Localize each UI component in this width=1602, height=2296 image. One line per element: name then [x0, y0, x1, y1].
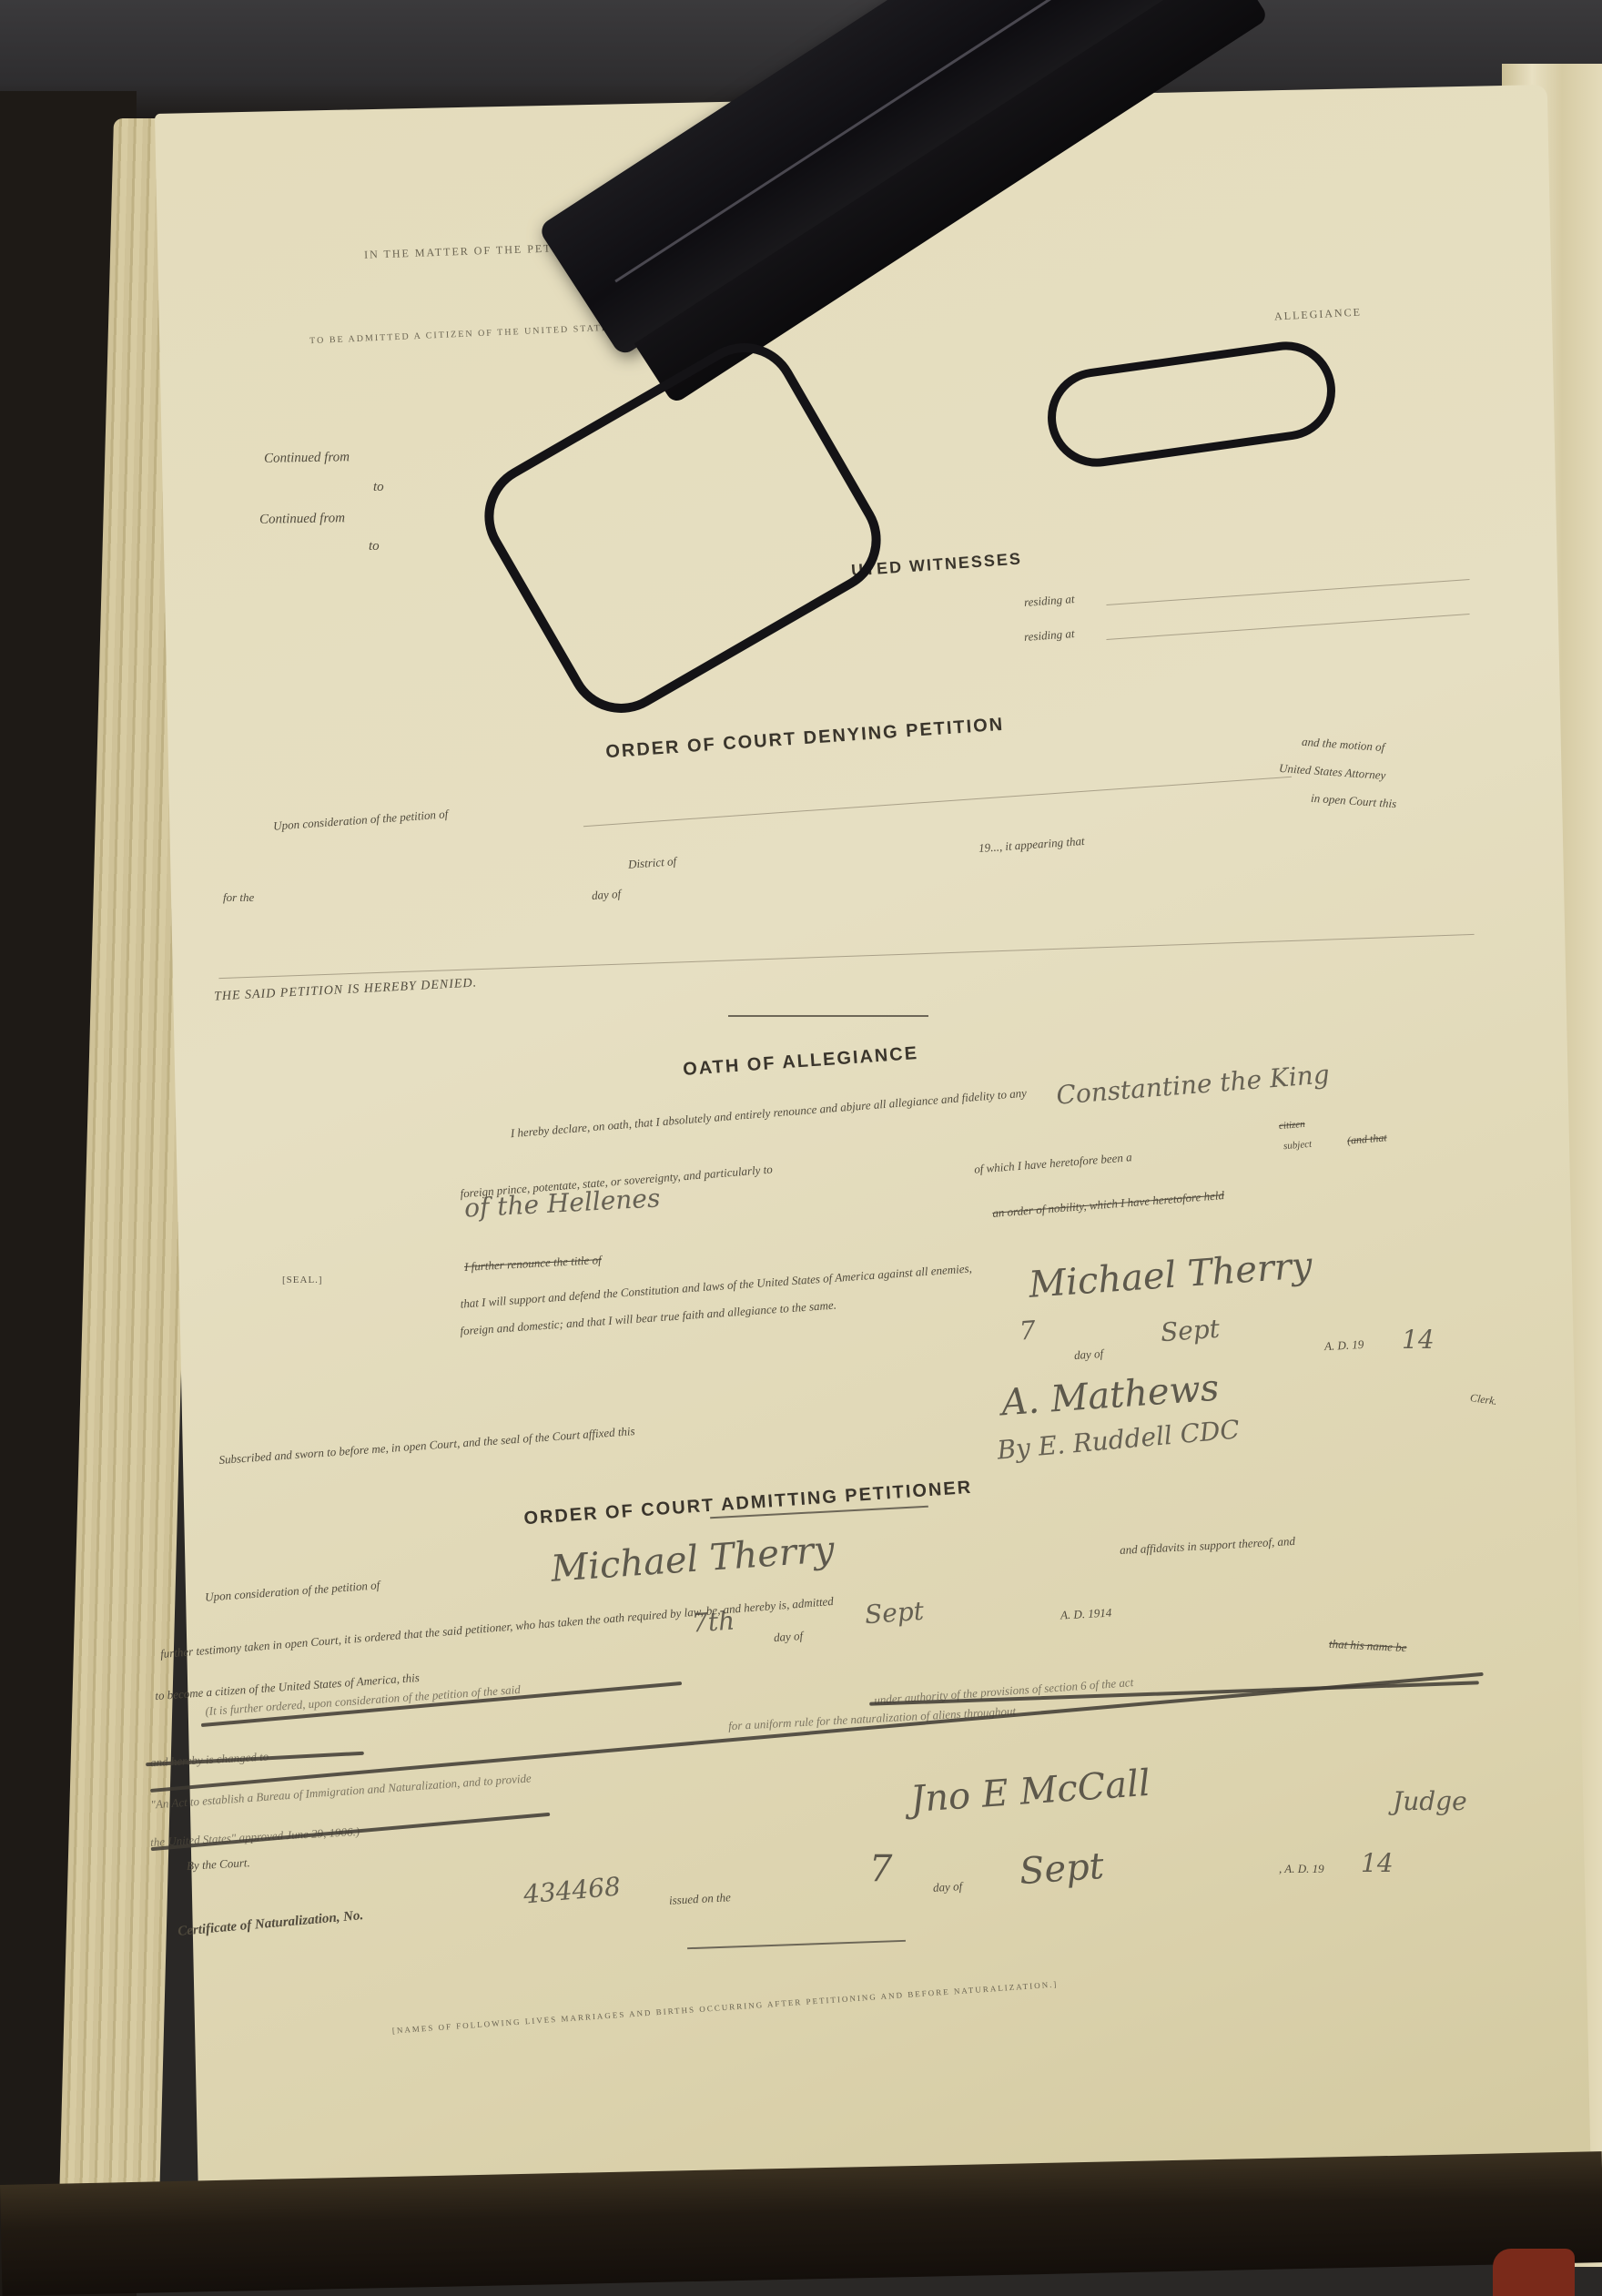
oath-heading: OATH OF ALLEGIANCE: [683, 1043, 919, 1081]
continued-from-2: Continued from: [259, 511, 345, 528]
residing-line-1: [1106, 579, 1469, 605]
denying-for-the: for the: [223, 890, 254, 905]
certificate-label: Certificate of Naturalization, No.: [177, 1908, 364, 1940]
denying-us-attorney: United States Attorney: [1279, 761, 1386, 783]
section-divider-3: [687, 1940, 906, 1949]
judge-signature: Jno E McCall: [909, 1763, 1151, 1821]
certificate-ad: , A. D. 19: [1279, 1862, 1324, 1876]
residing-at-2: residing at: [1024, 626, 1075, 645]
residing-line-2: [1106, 614, 1469, 640]
oath-title-struck: I further renounce the title of: [464, 1253, 602, 1275]
oath-citizen-struck: citizen: [1279, 1119, 1306, 1132]
clerk-label: Clerk.: [1469, 1391, 1497, 1408]
continued-from-1: Continued from: [264, 450, 350, 467]
admitting-petitioner-name: Michael Therry: [550, 1529, 836, 1590]
admitting-month: Sept: [864, 1596, 925, 1630]
struck-line-c: "An Act to establish a Bureau of Immigra…: [150, 1771, 532, 1812]
sworn-day-of: day of: [1073, 1346, 1103, 1363]
denying-consideration: Upon consideration of the petition of: [273, 807, 449, 833]
denying-conclusion: THE SAID PETITION IS HEREBY DENIED.: [214, 976, 478, 1004]
seal-label: [SEAL.]: [282, 1275, 323, 1285]
sworn-ad: A. D. 19: [1324, 1337, 1364, 1354]
continued-to-2: to: [369, 539, 380, 554]
by-the-court: By the Court.: [187, 1855, 250, 1874]
admitting-heading: ORDER OF COURT ADMITTING PETITIONER: [523, 1478, 973, 1529]
certificate-month: Sept: [1019, 1845, 1106, 1893]
denying-heading: ORDER OF COURT DENYING PETITION: [605, 715, 1005, 764]
admitting-consideration: Upon consideration of the petition of: [205, 1578, 380, 1604]
denying-motion-of: and the motion of: [1302, 735, 1385, 755]
admitting-day-of: day of: [773, 1629, 803, 1645]
continued-to-1: to: [373, 480, 384, 495]
footer-note: [NAMES OF FOLLOWING LIVES MARRIAGES AND …: [392, 1979, 1059, 2035]
certificate-number: 434468: [522, 1871, 622, 1909]
denying-petitioner-line: [583, 777, 1292, 827]
admitting-ad: A. D. 1914: [1060, 1606, 1112, 1623]
certificate-year: 14: [1361, 1848, 1394, 1878]
oath-nobility-struck: an order of nobility, which I have heret…: [992, 1188, 1225, 1221]
denying-year-appearing: 19..., it appearing that: [978, 834, 1085, 856]
admitting-day: 7th: [691, 1605, 735, 1638]
strike-mark-c: [150, 1672, 1484, 1793]
denying-district-of: District of: [628, 854, 677, 872]
oath-and-that-struck: (and that: [1346, 1131, 1387, 1147]
denying-open-court: in open Court this: [1311, 791, 1397, 812]
oath-subject: subject: [1283, 1139, 1313, 1152]
oath-line-3: of which I have heretofore been a: [974, 1150, 1132, 1177]
admitting-affidavits: and affidavits in support thereof, and: [1120, 1534, 1296, 1558]
clerk-signature: A. Mathews: [1000, 1367, 1221, 1425]
header-allegiance-partial: ALLEGIANCE: [1274, 305, 1363, 323]
section-divider-1: [728, 1015, 928, 1017]
oath-handwritten-sovereign: Constantine the King: [1055, 1059, 1331, 1111]
denying-blank-line: [218, 934, 1474, 979]
sworn-month: Sept: [1160, 1314, 1221, 1347]
admitting-name-change-struck: that his name be: [1329, 1637, 1407, 1655]
certificate-day-of: day of: [933, 1879, 963, 1895]
petitioner-signature: Michael Therry: [1028, 1245, 1313, 1306]
denying-day-of: day of: [591, 887, 621, 903]
residing-at-1: residing at: [1024, 592, 1075, 610]
certificate-day: 7: [869, 1848, 892, 1890]
sworn-day: 7: [1019, 1315, 1037, 1346]
sworn-text: Subscribed and sworn to before me, in op…: [218, 1424, 635, 1468]
judge-label: Judge: [1393, 1786, 1467, 1816]
sworn-year: 14: [1402, 1325, 1435, 1355]
oath-line-1: I hereby declare, on oath, that I absolu…: [510, 1086, 1027, 1142]
certificate-issued-on: issued on the: [669, 1890, 732, 1908]
